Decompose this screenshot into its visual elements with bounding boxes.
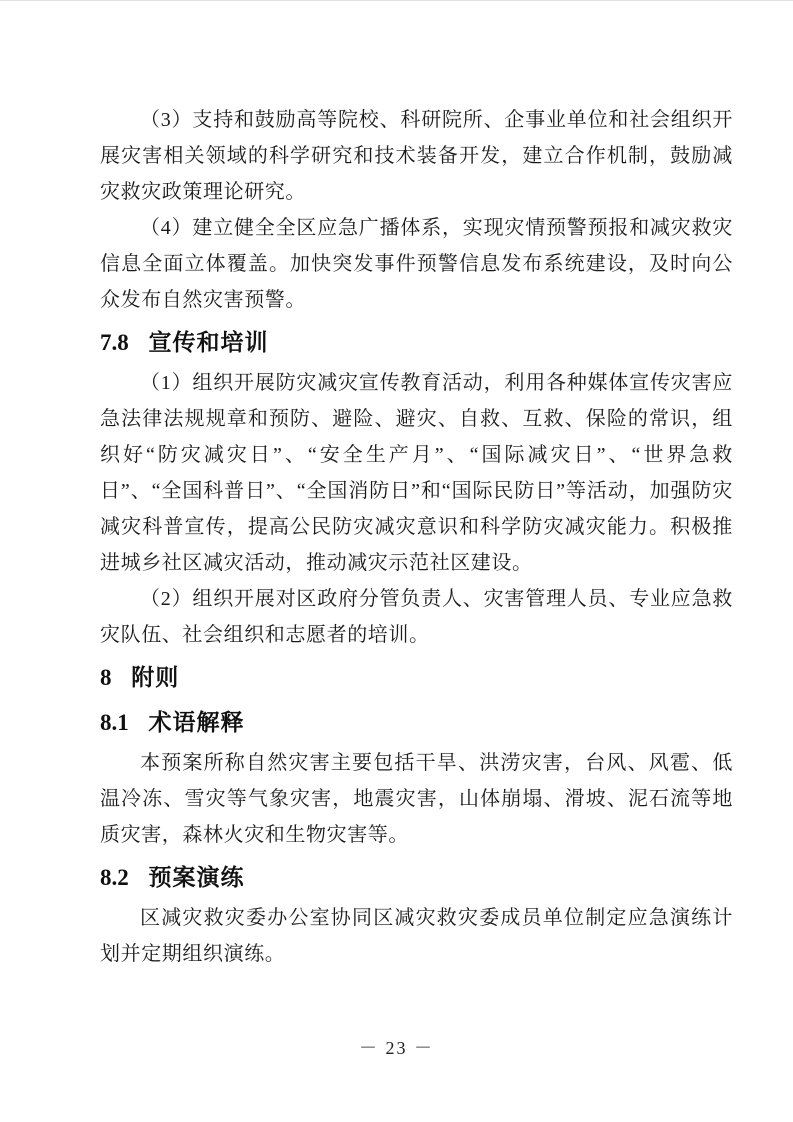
section-number: 8 xyxy=(100,665,112,690)
section-heading-8: 8 附则 xyxy=(100,657,733,698)
paragraph-item-4: （4）建立健全全区应急广播体系，实现灾情预警预报和减灾救灾信息全面立体覆盖。加快… xyxy=(100,210,733,318)
paragraph-item-3: （3）支持和鼓励高等院校、科研院所、企事业单位和社会组织开展灾害相关领域的科学研… xyxy=(100,102,733,210)
page-footer: － 23 － xyxy=(0,1034,793,1060)
section-title: 附则 xyxy=(131,664,179,690)
section-heading-7-8: 7.8 宣传和培训 xyxy=(100,322,733,363)
page-content: （3）支持和鼓励高等院校、科研院所、企事业单位和社会组织开展灾害相关领域的科学研… xyxy=(100,102,733,972)
document-page: （3）支持和鼓励高等院校、科研院所、企事业单位和社会组织开展灾害相关领域的科学研… xyxy=(0,0,793,1122)
section-title: 宣传和培训 xyxy=(149,329,269,355)
section-number: 7.8 xyxy=(100,330,129,355)
section-number: 8.2 xyxy=(100,865,129,890)
section-number: 8.1 xyxy=(100,710,129,735)
section-heading-8-2: 8.2 预案演练 xyxy=(100,857,733,898)
section-title: 术语解释 xyxy=(149,709,245,735)
paragraph-drill: 区减灾救灾委办公室协同区减灾救灾委成员单位制定应急演练计划并定期组织演练。 xyxy=(100,900,733,972)
page-number: － 23 － xyxy=(359,1038,434,1058)
paragraph-item-2: （2）组织开展对区政府分管负责人、灾害管理人员、专业应急救灾队伍、社会组织和志愿… xyxy=(100,581,733,653)
paragraph-item-1: （1）组织开展防灾减灾宣传教育活动，利用各种媒体宣传灾害应急法律法规规章和预防、… xyxy=(100,365,733,581)
section-title: 预案演练 xyxy=(149,864,245,890)
section-heading-8-1: 8.1 术语解释 xyxy=(100,702,733,743)
paragraph-terms: 本预案所称自然灾害主要包括干旱、洪涝灾害，台风、风雹、低温冷冻、雪灾等气象灾害，… xyxy=(100,745,733,853)
